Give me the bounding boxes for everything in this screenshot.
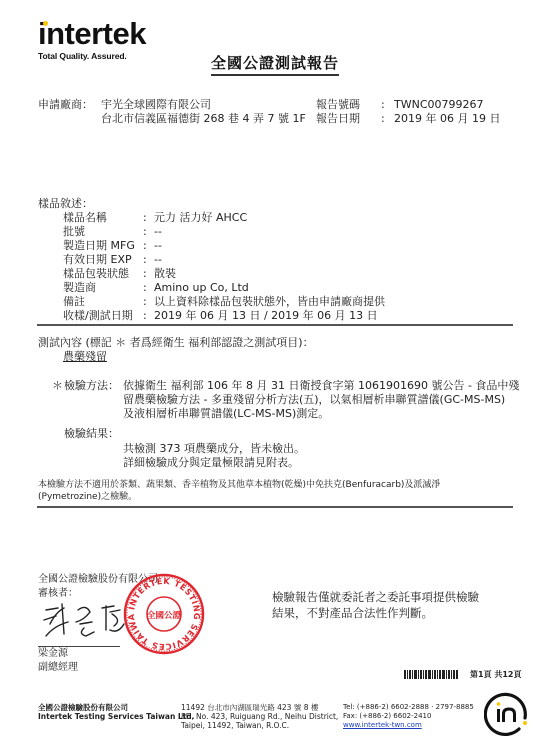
stamp-center-text: 全國公證 (147, 610, 182, 621)
sample-row-value: -- (154, 239, 162, 253)
applicant-address: 台北市信義區福德街 268 巷 4 弄 7 號 1F (101, 112, 306, 126)
handwritten-signature-icon (40, 600, 130, 648)
note-line: 本檢驗方法不適用於茶類、蔬果類、香辛植物及其他草本植物(乾燥)中免扶克(Benf… (38, 479, 440, 491)
footer-address-zh: 11492 台北市內湖區瑞光路 423 號 8 樓 (181, 703, 338, 712)
reviewer-label: 審核者： (38, 588, 78, 600)
footer-fax: Fax: (+886-2) 6602-2410 (343, 712, 474, 721)
report-number-colon: : (381, 98, 385, 112)
test-category: 農藥殘留 (63, 350, 107, 364)
logo-wordmark: intertek (38, 18, 146, 50)
logo-word: intertek (38, 16, 146, 51)
method-star: ＊ (52, 379, 63, 393)
sample-heading: 樣品敘述： (38, 197, 93, 211)
page-indicator: 第1頁 共12頁 (470, 670, 521, 679)
footer-address-en: Taipei, 11492, Taiwan, R.O.C. (181, 721, 338, 730)
sample-row-colon: : (143, 281, 147, 295)
applicant-name: 宇光全球國際有限公司 (101, 98, 211, 112)
report-number-value: TWNC00799267 (394, 98, 484, 112)
sample-row-value: 2019 年 06 月 13 日 / 2019 年 06 月 13 日 (154, 309, 378, 323)
note-line: (Pymetrozine)之檢驗。 (38, 491, 440, 503)
report-date-colon: : (381, 112, 385, 126)
signer-title: 副總經理 (38, 662, 78, 674)
footer-company-en: Intertek Testing Services Taiwan Ltd. (38, 712, 194, 721)
disclaimer: 檢驗報告僅就委託者之委託事項提供檢驗 結果，不對產品合法性作判斷。 (272, 589, 479, 621)
sample-row-label: 製造日期 MFG (63, 239, 135, 253)
sample-row-label: 有效日期 EXP (63, 253, 132, 267)
result-label: 檢驗結果： (64, 427, 119, 441)
applicant-label: 申請廠商： (38, 98, 93, 112)
sample-row-value: 以上資料除樣品包裝狀態外，皆由申請廠商提供 (154, 295, 385, 309)
footer-website-link[interactable]: www.intertek-twn.com (343, 721, 474, 730)
footer-company-zh: 全國公證檢驗股份有限公司 (38, 703, 194, 712)
sample-row-colon: : (143, 211, 147, 225)
signature-line (38, 646, 120, 647)
report-date-label: 報告日期 (316, 112, 360, 126)
sample-row-label: 批號 (63, 225, 85, 239)
method-label: 檢驗方法： (64, 379, 119, 393)
section-divider (37, 324, 513, 326)
sample-row-label: 收樣/測試日期 (63, 309, 133, 323)
sample-row-colon: : (143, 267, 147, 281)
section-divider (37, 506, 513, 508)
footer-contact: Tel: (+886-2) 6602-2888 · 2797-8885 Fax:… (343, 703, 474, 730)
intertek-in-logo-icon (484, 690, 530, 736)
sample-row-value: 元力 活力好 AHCC (154, 211, 247, 225)
sample-row-colon: : (143, 253, 147, 267)
footer-address-en: 8F., No. 423, Ruiguang Rd., Neihu Distri… (181, 712, 338, 721)
sample-row-colon: : (143, 225, 147, 239)
disclaimer-line: 檢驗報告僅就委託者之委託事項提供檢驗 (272, 589, 479, 605)
sample-row-label: 樣品名稱 (63, 211, 107, 225)
report-title-text: 全國公證測試報告 (211, 54, 339, 76)
signer-name: 梁金源 (38, 648, 68, 660)
barcode-icon (404, 670, 462, 679)
report-title: 全國公證測試報告 (0, 52, 550, 73)
method-line: 留農藥檢驗方法 - 多重殘留分析方法(五)，以氣相層析串聯質譜儀(GC-MS-M… (123, 393, 519, 407)
test-note: 本檢驗方法不適用於茶類、蔬果類、香辛植物及其他草本植物(乾燥)中免扶克(Benf… (38, 479, 440, 503)
logo-dot-icon (43, 21, 48, 26)
sample-row-value: 散裝 (154, 267, 176, 281)
company-seal-stamp-icon: INTERTEK TESTING SERVICES TAIWAN LTD. 全國… (123, 573, 205, 655)
footer-tel: Tel: (+886-2) 6602-2888 · 2797-8885 (343, 703, 474, 712)
result-line: 詳細檢驗成分與定量極限請見附表。 (123, 456, 305, 470)
sample-row-colon: : (143, 295, 147, 309)
sample-row-label: 樣品包裝狀態 (63, 267, 129, 281)
sample-row-label: 備註 (63, 295, 85, 309)
result-text: 共檢測 373 項農藥成分，皆未檢出。 詳細檢驗成分與定量極限請見附表。 (123, 442, 305, 470)
test-heading: 測試內容 (標記 ＊ 者爲經衛生 福利部認證之測試項目)： (38, 336, 314, 350)
method-line: 及液相層析串聯質譜儀(LC-MS-MS)測定。 (123, 407, 519, 421)
sample-row-label: 製造商 (63, 281, 96, 295)
footer-company: 全國公證檢驗股份有限公司 Intertek Testing Services T… (38, 703, 194, 721)
sample-row-colon: : (143, 309, 147, 323)
report-date-value: 2019 年 06 月 19 日 (394, 112, 500, 126)
sample-row-colon: : (143, 239, 147, 253)
sample-row-value: -- (154, 225, 162, 239)
sample-row-value: Amino up Co, Ltd (154, 281, 249, 295)
result-line: 共檢測 373 項農藥成分，皆未檢出。 (123, 442, 305, 456)
disclaimer-line: 結果，不對產品合法性作判斷。 (272, 605, 479, 621)
footer-address: 11492 台北市內湖區瑞光路 423 號 8 樓 8F., No. 423, … (181, 703, 338, 730)
method-line: 依據衛生 福利部 106 年 8 月 31 日衛授食字第 1061901690 … (123, 379, 519, 393)
report-number-label: 報告號碼 (316, 98, 360, 112)
method-text: 依據衛生 福利部 106 年 8 月 31 日衛授食字第 1061901690 … (123, 379, 519, 421)
sample-row-value: -- (154, 253, 162, 267)
